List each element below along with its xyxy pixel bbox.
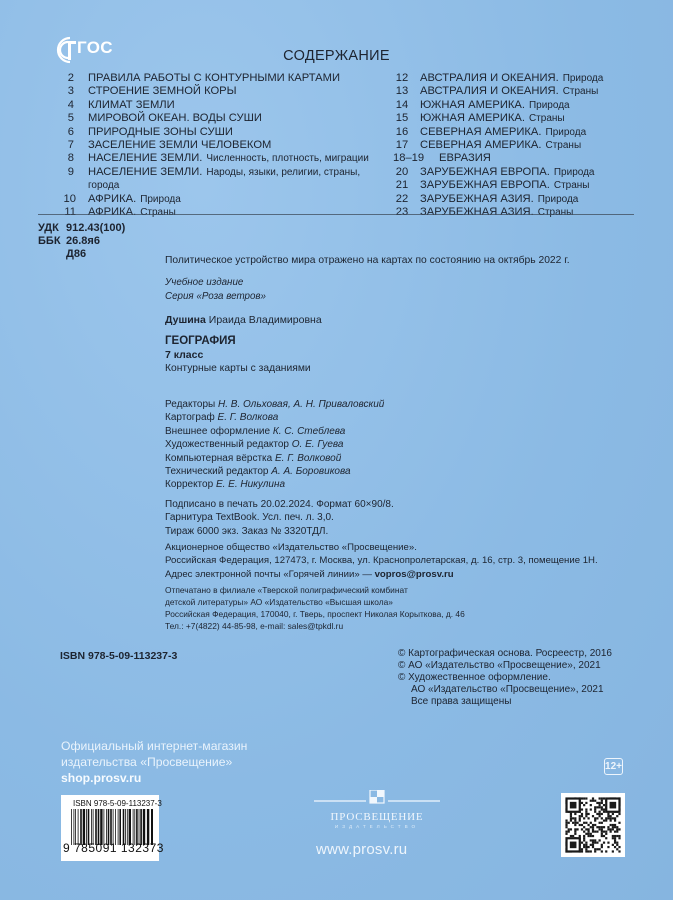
credit-names: Н. В. Ольховая, А. Н. Приваловский	[218, 399, 384, 410]
toc-page-number: 23	[393, 206, 411, 219]
credit-line: Художественный редактор О. Е. Гуева	[165, 438, 384, 451]
toc-item: 23ЗАРУБЕЖНАЯ АЗИЯ.Страны	[393, 206, 673, 219]
toc-left-column: 2ПРАВИЛА РАБОТЫ С КОНТУРНЫМИ КАРТАМИ3СТР…	[62, 72, 382, 219]
toc-title: СОДЕРЖАНИЕ	[0, 48, 673, 64]
isbn: ISBN 978-5-09-113237-3	[60, 650, 177, 662]
printer-info: Отпечатано в филиале «Тверской полиграфи…	[165, 584, 465, 632]
toc-page-number: 13	[393, 85, 411, 98]
toc-item: 10АФРИКА.Природа	[62, 193, 382, 206]
toc-page-number: 7	[62, 139, 74, 152]
publisher-name: Акционерное общество «Издательство «Прос…	[165, 541, 598, 554]
toc-page-number: 17	[393, 139, 411, 152]
credit-role: Редакторы	[165, 399, 215, 410]
toc-item: 5МИРОВОЙ ОКЕАН. ВОДЫ СУШИ	[62, 112, 382, 125]
political-note: Политическое устройство мира отражено на…	[165, 254, 570, 268]
toc-section-subtitle: Страны	[538, 206, 574, 219]
toc-section-subtitle: Природа	[554, 166, 595, 179]
udk-value: 912.43(100)	[66, 222, 125, 235]
copyright-line: АО «Издательство «Просвещение», 2021	[398, 684, 612, 696]
toc-section-subtitle: Природа	[529, 99, 570, 112]
toc-page-number: 11	[62, 206, 76, 219]
toc-page-number: 18–19	[393, 152, 427, 165]
print-line: Гарнитура TextBook. Усл. печ. л. 3,0.	[165, 511, 394, 524]
toc-page-number: 21	[393, 179, 411, 192]
toc-section-subtitle: Численность, плотность, миграции	[206, 152, 368, 165]
copyright-line: © Художественное оформление.	[398, 672, 612, 684]
toc-item: 3СТРОЕНИЕ ЗЕМНОЙ КОРЫ	[62, 85, 382, 98]
toc-section-subtitle: Страны	[563, 85, 599, 98]
credit-names: Е. Г. Волкова	[218, 412, 279, 423]
toc-section-title: ЗАРУБЕЖНАЯ АЗИЯ.	[420, 206, 534, 219]
toc-section-title: АВСТРАЛИЯ И ОКЕАНИЯ.	[420, 85, 559, 98]
barcode-bars-icon	[71, 809, 153, 845]
toc-section-title: АФРИКА.	[88, 193, 136, 206]
credit-role: Внешнее оформление	[165, 426, 270, 437]
prosv-subtitle: ИЗДАТЕЛЬСТВО	[312, 824, 442, 829]
barcode: ISBN 978-5-09-113237-3 9 785091 132373	[61, 795, 159, 861]
toc-section-subtitle: Природа	[140, 193, 181, 206]
divider	[38, 214, 634, 215]
copyright-line: © Картографическая основа. Росреестр, 20…	[398, 648, 612, 660]
prosv-logo: ПРОСВЕЩЕНИЕ ИЗДАТЕЛЬСТВО	[312, 790, 442, 829]
toc-page-number: 16	[393, 126, 411, 139]
toc-page-number: 22	[393, 193, 411, 206]
toc-section-title: ЗАСЕЛЕНИЕ ЗЕМЛИ ЧЕЛОВЕКОМ	[88, 139, 271, 152]
toc-page-number: 14	[393, 99, 411, 112]
toc-section-title: ЗАРУБЕЖНАЯ АЗИЯ.	[420, 193, 534, 206]
toc-item: 22ЗАРУБЕЖНАЯ АЗИЯ.Природа	[393, 193, 673, 206]
toc-page-number: 2	[62, 72, 74, 85]
credit-names: К. С. Стеблева	[273, 426, 346, 437]
toc-section-subtitle: Страны	[546, 139, 582, 152]
toc-item: 18–19ЕВРАЗИЯ	[393, 152, 673, 165]
toc-section-subtitle: Страны	[554, 179, 590, 192]
toc-section-title: ПРИРОДНЫЕ ЗОНЫ СУШИ	[88, 126, 233, 139]
print-line: Подписано в печать 20.02.2024. Формат 60…	[165, 498, 394, 511]
copyright-line: Все права защищены	[398, 696, 612, 708]
toc-section-title: НАСЕЛЕНИЕ ЗЕМЛИ.	[88, 152, 202, 165]
hotline-email[interactable]: vopros@prosv.ru	[375, 569, 454, 580]
series-name: Серия «Роза ветров»	[165, 290, 266, 304]
toc-page-number: 5	[62, 112, 74, 125]
age-rating-badge: 12+	[604, 758, 623, 775]
edition-type: Учебное издание	[165, 276, 266, 290]
print-info: Подписано в печать 20.02.2024. Формат 60…	[165, 498, 394, 538]
credit-line: Компьютерная вёрстка Е. Г. Волковой	[165, 452, 384, 465]
toc-page-number: 20	[393, 166, 411, 179]
toc-section-subtitle-continued: города	[62, 179, 382, 192]
credits-list: Редакторы Н. В. Ольховая, А. Н. Привалов…	[165, 398, 384, 492]
toc-section-subtitle: Природа	[546, 126, 587, 139]
bbk-value: 26.8я6	[66, 235, 100, 248]
credit-role: Корректор	[165, 479, 213, 490]
credit-line: Корректор Е. Е. Никулина	[165, 478, 384, 491]
toc-item: 13АВСТРАЛИЯ И ОКЕАНИЯ.Страны	[393, 85, 673, 98]
toc-item: 20ЗАРУБЕЖНАЯ ЕВРОПА.Природа	[393, 166, 673, 179]
toc-section-title: СЕВЕРНАЯ АМЕРИКА.	[420, 139, 542, 152]
printer-line: детской литературы» АО «Издательство «Вы…	[165, 596, 465, 608]
udk-label: УДК	[38, 222, 66, 235]
printer-line: Отпечатано в филиале «Тверской полиграфи…	[165, 584, 465, 596]
author-surname: Душина	[165, 314, 206, 326]
toc-item: 6ПРИРОДНЫЕ ЗОНЫ СУШИ	[62, 126, 382, 139]
shop-url[interactable]: shop.prosv.ru	[61, 771, 141, 785]
series-block: Учебное издание Серия «Роза ветров»	[165, 276, 266, 304]
book-grade: 7 класс	[165, 348, 203, 362]
toc-page-number: 4	[62, 99, 74, 112]
credit-role: Технический редактор	[165, 466, 268, 477]
toc-section-title: СТРОЕНИЕ ЗЕМНОЙ КОРЫ	[88, 85, 237, 98]
toc-section-title: ПРАВИЛА РАБОТЫ С КОНТУРНЫМИ КАРТАМИ	[88, 72, 340, 85]
print-line: Тираж 6000 экз. Заказ № 3320ТДЛ.	[165, 525, 394, 538]
credit-names: Е. Г. Волковой	[275, 453, 341, 464]
publisher-info: Акционерное общество «Издательство «Прос…	[165, 541, 598, 581]
credit-role: Художественный редактор	[165, 439, 289, 450]
toc-page-number: 15	[393, 112, 411, 125]
barcode-isbn: ISBN 978-5-09-113237-3	[73, 799, 162, 808]
copyright-line: © АО «Издательство «Просвещение», 2021	[398, 660, 612, 672]
author-code: Д86	[66, 248, 86, 261]
toc-page-number: 9	[62, 166, 74, 179]
qr-code[interactable]	[561, 793, 625, 857]
printer-line: Тел.: +7(4822) 44-85-98, e-mail: sales@t…	[165, 620, 465, 632]
book-subtitle: Контурные карты с заданиями	[165, 362, 311, 376]
toc-section-title: НАСЕЛЕНИЕ ЗЕМЛИ.	[88, 166, 202, 179]
toc-section-title: СЕВЕРНАЯ АМЕРИКА.	[420, 126, 542, 139]
toc-section-title: ЕВРАЗИЯ	[439, 152, 491, 165]
shop-line: Официальный интернет-магазин	[61, 738, 247, 754]
credit-line: Картограф Е. Г. Волкова	[165, 411, 384, 424]
toc-section-subtitle: Природа	[538, 193, 579, 206]
credit-line: Внешнее оформление К. С. Стеблева	[165, 425, 384, 438]
copyright-block: © Картографическая основа. Росреестр, 20…	[398, 648, 612, 708]
publisher-address: Российская Федерация, 127473, г. Москва,…	[165, 554, 598, 567]
toc-item: 12АВСТРАЛИЯ И ОКЕАНИЯ.Природа	[393, 72, 673, 85]
prosv-name: ПРОСВЕЩЕНИЕ	[312, 811, 442, 823]
book-title: ГЕОГРАФИЯ	[165, 335, 236, 348]
toc-item: 14ЮЖНАЯ АМЕРИКА.Природа	[393, 99, 673, 112]
hotline-label: Адрес электронной почты «Горячей линии» …	[165, 569, 375, 580]
classification-block: УДК912.43(100) ББК26.8я6 Д86	[38, 222, 125, 261]
credit-line: Технический редактор А. А. Боровикова	[165, 465, 384, 478]
toc-section-title: ЗАРУБЕЖНАЯ ЕВРОПА.	[420, 179, 550, 192]
toc-item: 2ПРАВИЛА РАБОТЫ С КОНТУРНЫМИ КАРТАМИ	[62, 72, 382, 85]
toc-page-number: 6	[62, 126, 74, 139]
toc-section-title: ЮЖНАЯ АМЕРИКА.	[420, 112, 525, 125]
toc-item: 8НАСЕЛЕНИЕ ЗЕМЛИ.Численность, плотность,…	[62, 152, 382, 165]
prosv-url[interactable]: www.prosv.ru	[316, 841, 407, 858]
toc-item: 9НАСЕЛЕНИЕ ЗЕМЛИ.Народы, языки, религии,…	[62, 166, 382, 179]
toc-item: 7ЗАСЕЛЕНИЕ ЗЕМЛИ ЧЕЛОВЕКОМ	[62, 139, 382, 152]
author: Душина Ираида Владимировна	[165, 313, 322, 327]
credit-names: О. Е. Гуева	[292, 439, 344, 450]
toc-item: 17СЕВЕРНАЯ АМЕРИКА.Страны	[393, 139, 673, 152]
toc-page-number: 3	[62, 85, 74, 98]
toc-item: 4КЛИМАТ ЗЕМЛИ	[62, 99, 382, 112]
toc-section-subtitle: Народы, языки, религии, страны,	[206, 166, 360, 179]
credit-role: Картограф	[165, 412, 215, 423]
toc-section-title: КЛИМАТ ЗЕМЛИ	[88, 99, 175, 112]
publisher-hotline: Адрес электронной почты «Горячей линии» …	[165, 568, 598, 581]
toc-page-number: 10	[62, 193, 76, 206]
credit-role: Компьютерная вёрстка	[165, 453, 272, 464]
qr-code-icon	[561, 793, 625, 857]
printer-line: Российская Федерация, 170040, г. Тверь, …	[165, 608, 465, 620]
toc-section-title: ЗАРУБЕЖНАЯ ЕВРОПА.	[420, 166, 550, 179]
toc-section-title: МИРОВОЙ ОКЕАН. ВОДЫ СУШИ	[88, 112, 262, 125]
toc-page-number: 8	[62, 152, 74, 165]
toc-right-column: 12АВСТРАЛИЯ И ОКЕАНИЯ.Природа13АВСТРАЛИЯ…	[393, 72, 673, 219]
barcode-number: 9 785091 132373	[63, 841, 164, 855]
toc-section-subtitle: Природа	[563, 72, 604, 85]
credit-names: Е. Е. Никулина	[216, 479, 285, 490]
toc-item: 15ЮЖНАЯ АМЕРИКА.Страны	[393, 112, 673, 125]
toc-item: 16СЕВЕРНАЯ АМЕРИКА.Природа	[393, 126, 673, 139]
toc-section-subtitle: Страны	[529, 112, 565, 125]
credit-line: Редакторы Н. В. Ольховая, А. Н. Привалов…	[165, 398, 384, 411]
toc-section-subtitle: Страны	[140, 206, 176, 219]
toc-section-title: ЮЖНАЯ АМЕРИКА.	[420, 99, 525, 112]
shop-line: издательства «Просвещение»	[61, 754, 247, 770]
toc-item: 21ЗАРУБЕЖНАЯ ЕВРОПА.Страны	[393, 179, 673, 192]
shop-block: Официальный интернет-магазин издательств…	[61, 738, 247, 786]
bbk-label: ББК	[38, 235, 66, 248]
credit-names: А. А. Боровикова	[271, 466, 350, 477]
toc-section-title: АФРИКА.	[88, 206, 136, 219]
toc-item: 11АФРИКА.Страны	[62, 206, 382, 219]
prosv-emblem-icon	[312, 790, 442, 804]
author-name: Ираида Владимировна	[209, 314, 322, 326]
toc-page-number: 12	[393, 72, 411, 85]
toc-section-title: АВСТРАЛИЯ И ОКЕАНИЯ.	[420, 72, 559, 85]
